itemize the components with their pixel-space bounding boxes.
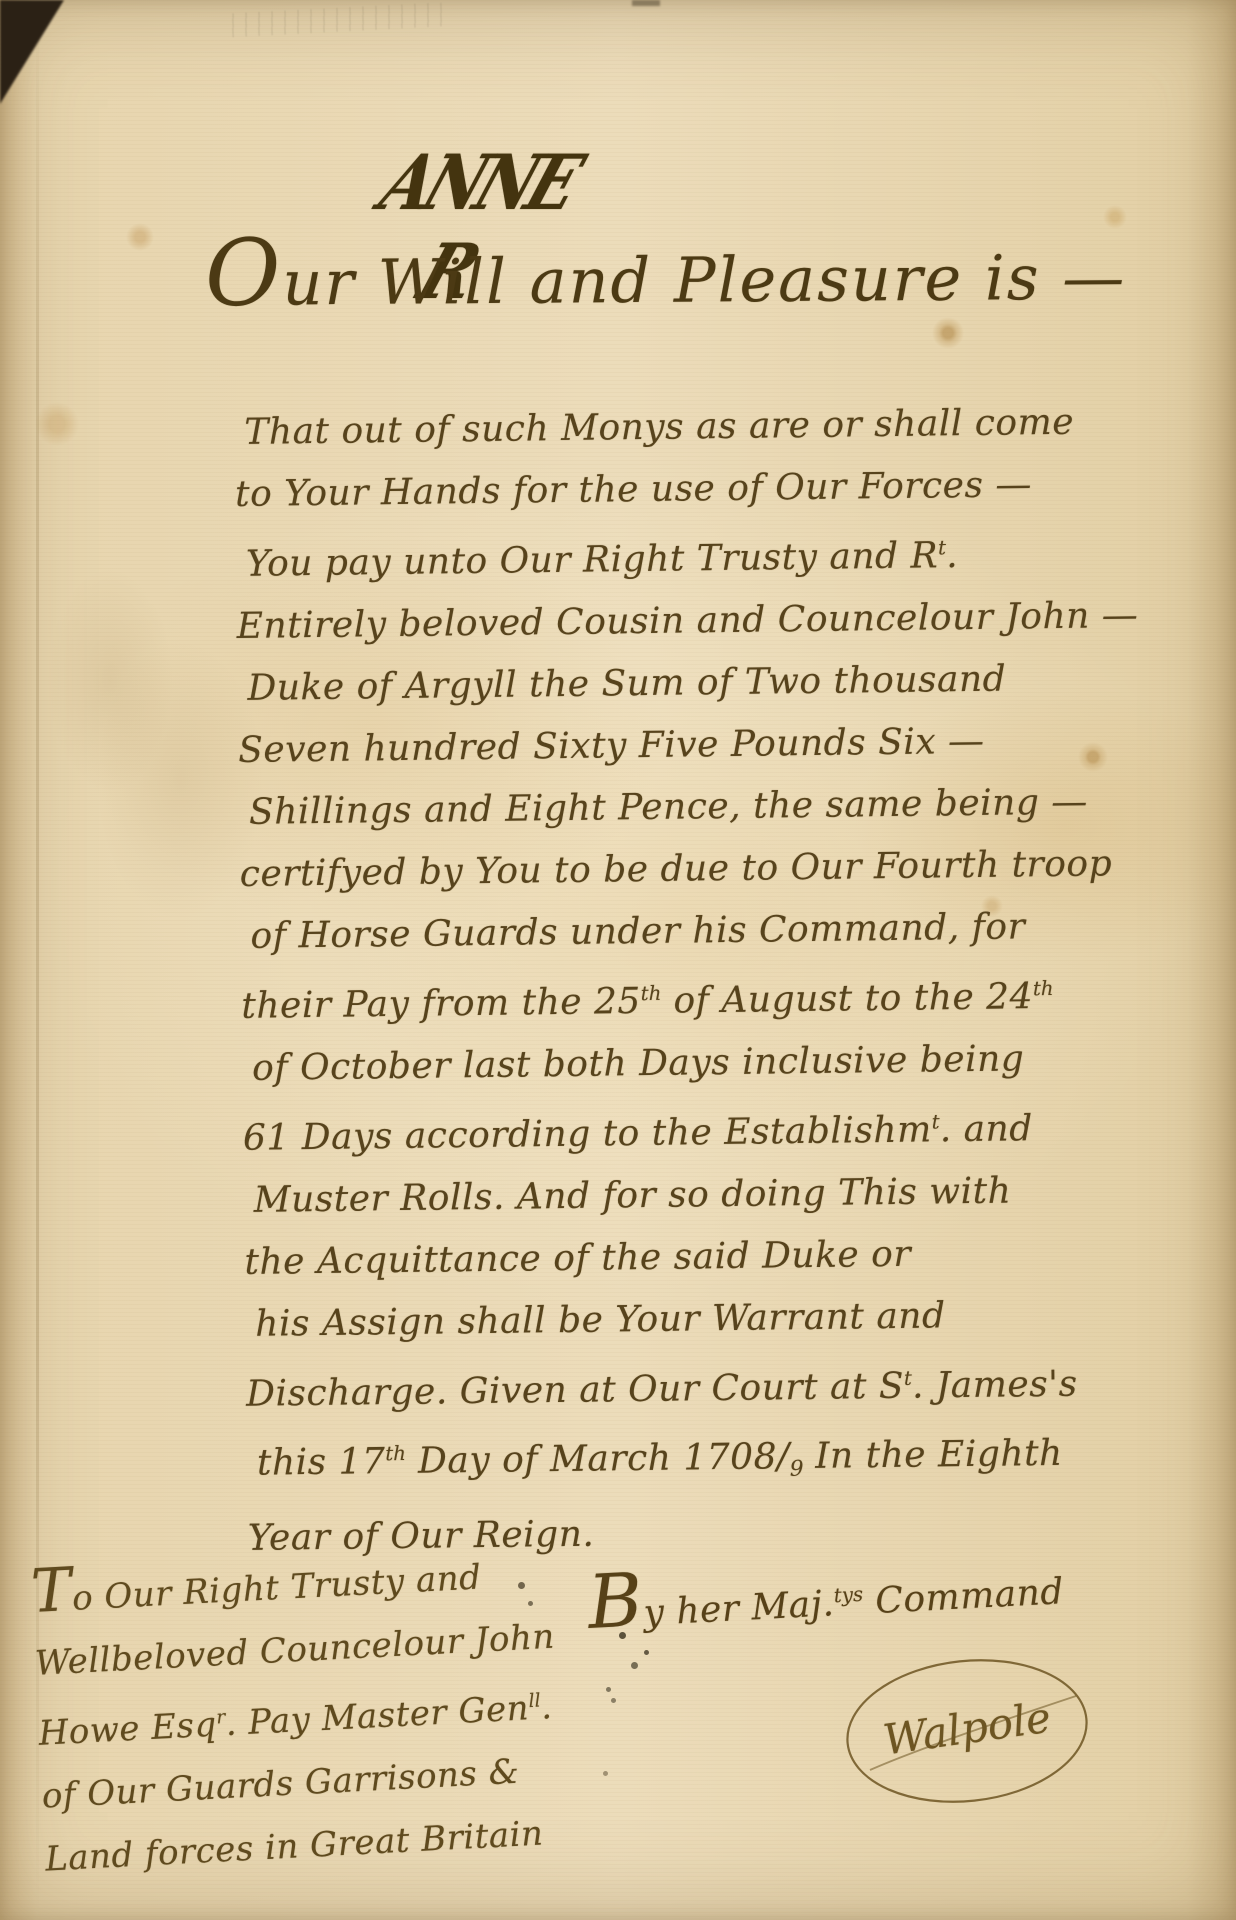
body-line: of Horse Guards under his Command, for	[250, 896, 1081, 968]
address-block: To Our Right Trusty andWellbeloved Counc…	[30, 1539, 606, 1892]
body-line: 61 Days according to the Establishmt. an…	[243, 1089, 1084, 1169]
body-line: Seven hundred Sixty Five Pounds Six —	[238, 710, 1079, 782]
body-line: Entirely beloved Cousin and Councelour J…	[236, 586, 1077, 658]
body-line: his Assign shall be Your Warrant and	[255, 1283, 1086, 1355]
body-line: Duke of Argyll the Sum of Two thousand	[247, 648, 1078, 720]
body-line: their Pay from the 25th of August to the…	[241, 958, 1082, 1038]
attestation-line: By her Maj.tys Command	[587, 1554, 1049, 1637]
body-line: You pay unto Our Right Trusty and Rt.	[246, 516, 1077, 596]
ink-smudge	[632, 0, 660, 6]
body-line: Muster Rolls. And for so doing This with	[253, 1159, 1084, 1231]
body-line: That out of such Monys as are or shall c…	[244, 392, 1075, 464]
ink-specks	[0, 0, 3, 3]
opening-line: Our Will and Pleasure is —	[205, 231, 1066, 320]
document-body: That out of such Monys as are or shall c…	[234, 392, 1088, 1570]
manuscript-page: ANNE R Our Will and Pleasure is — That o…	[0, 0, 1236, 1920]
signature-block: Walpole	[840, 1652, 1094, 1810]
body-line: the Acquittance of the said Duke or	[244, 1221, 1085, 1293]
body-line: this 17th Day of March 1708/9 In the Eig…	[257, 1415, 1088, 1508]
body-line: of October last both Days inclusive bein…	[252, 1027, 1083, 1099]
body-line: Discharge. Given at Our Court at St. Jam…	[246, 1345, 1087, 1425]
pencil-inscription-marks	[226, 2, 443, 37]
body-line: Shillings and Eight Pence, the same bein…	[249, 772, 1080, 844]
body-line: certifyed by You to be due to Our Fourth…	[239, 834, 1080, 906]
photo-corner-top-left	[0, 0, 64, 104]
body-line: to Your Hands for the use of Our Forces …	[235, 454, 1076, 526]
